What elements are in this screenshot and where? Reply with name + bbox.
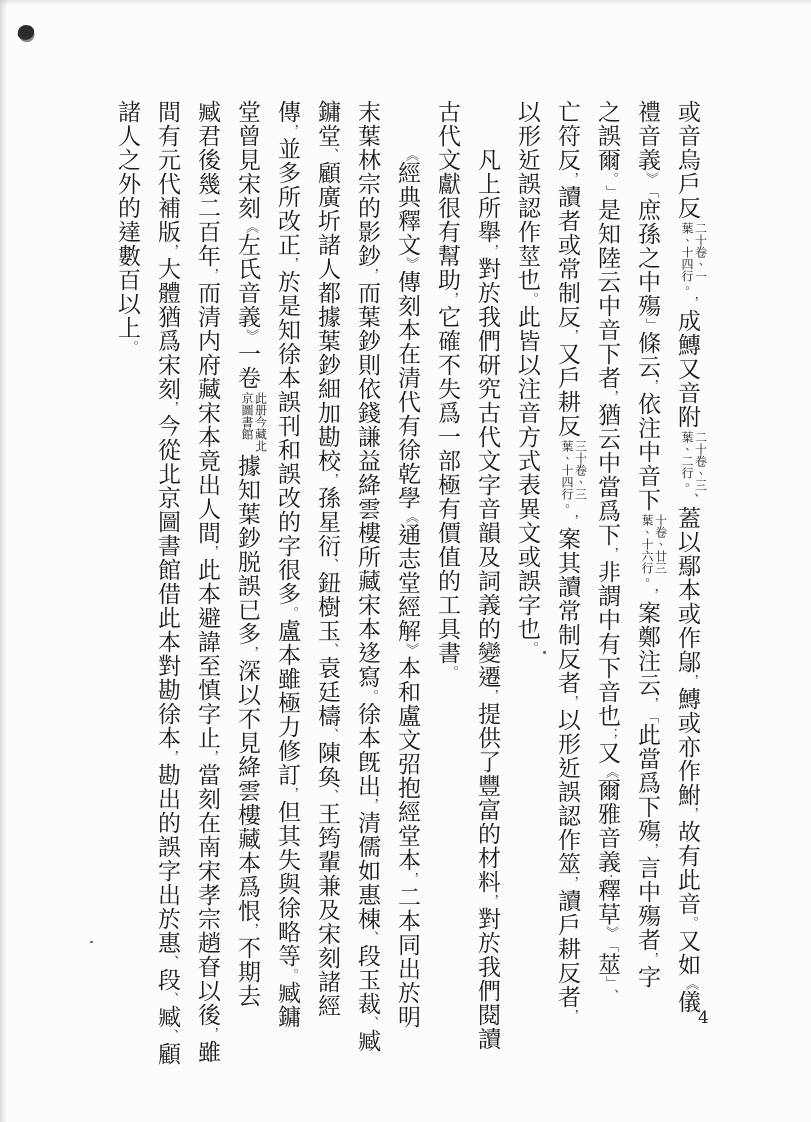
punctuation-mark: ， — [630, 588, 670, 601]
scan-edge-shading-left — [0, 0, 7, 1122]
text-column: 之誤爾。」是知陸云中音下者，猶云中當爲下，非謂中有下音也；又《爾雅音義·釋草》「… — [587, 100, 627, 1015]
punctuation-mark: 、 — [310, 643, 350, 656]
punctuation-mark: 。 — [350, 689, 390, 702]
punctuation-mark: 》 — [390, 257, 430, 270]
punctuation-mark: ， — [190, 268, 230, 281]
punctuation-mark: ， — [550, 695, 590, 708]
punctuation-mark: ， — [630, 952, 670, 965]
punctuation-mark: ， — [190, 1027, 230, 1040]
punctuation-mark: ， — [230, 646, 270, 659]
text-column: 諸人之外的達數百以上。 — [107, 100, 147, 1015]
interlinear-note-line: 京圖書館 — [240, 392, 254, 452]
punctuation-mark: 、 — [310, 148, 350, 161]
interlinear-note-line: 三十卷、三 — [573, 440, 587, 512]
punctuation-mark: 》 — [630, 172, 670, 185]
interlinear-note-line: 葉、十四行。 — [680, 222, 694, 294]
punctuation-mark: ， — [550, 876, 590, 889]
punctuation-mark: 。 — [670, 916, 710, 929]
punctuation-mark: 。 — [270, 968, 310, 981]
text-column: 傳，並多所改正，於是知徐本誤刊和誤改的字很多。盧本雖極力修訂，但其失與徐略等。臧… — [267, 100, 307, 1015]
text-column: 間有元代補版，大體猶爲宋刻，今從北京圖書館借此本對勘徐本，勘出的誤字出於惠、段、… — [147, 100, 187, 1015]
punctuation-mark: 」 — [630, 318, 670, 331]
punctuation-mark: 《 — [590, 765, 630, 778]
punctuation-mark: ， — [670, 674, 710, 687]
punctuation-mark: ， — [430, 292, 470, 305]
punctuation-mark: 、 — [150, 955, 190, 968]
text-column: 鏞堂、顧廣圻諸人都據葉鈔細加勘校，孫星衍、鈕樹玉、袁廷檮、陳奐、王筠輩兼及宋刻諸… — [307, 100, 347, 1015]
punctuation-mark: 。 — [270, 606, 310, 619]
punctuation-mark: 「 — [630, 710, 670, 723]
punctuation-mark: 。 — [510, 292, 550, 305]
text-body: 或音烏户反二十卷、一葉、十四行。，成鱄又音附二十卷、三葉、二行。、蓋以鄢本或作鄔… — [107, 100, 707, 1015]
punctuation-mark: ， — [310, 473, 350, 486]
punctuation-mark: ， — [190, 750, 230, 763]
punctuation-mark: ， — [590, 547, 630, 560]
punctuation-mark: ， — [630, 843, 670, 856]
punctuation-mark: 、 — [670, 493, 710, 506]
interlinear-note-line: 葉、二行。 — [680, 431, 694, 491]
interlinear-note: 二十卷、一葉、十四行。 — [680, 222, 707, 294]
interlinear-note: 三十卷、三葉、十四行。 — [560, 440, 587, 512]
punctuation-mark: ， — [470, 894, 510, 907]
interlinear-note-line: 葉、十六行。 — [640, 514, 654, 586]
punctuation-mark: 、 — [310, 789, 350, 802]
punctuation-mark: 《 — [230, 220, 270, 233]
punctuation-mark: 、 — [590, 989, 630, 1002]
text-column: 或音烏户反二十卷、一葉、十四行。，成鱄又音附二十卷、三葉、二行。、蓋以鄢本或作鄔… — [667, 100, 707, 1015]
punctuation-mark: 《 — [390, 148, 430, 161]
interlinear-note: 二十卷、三葉、二行。 — [680, 431, 707, 491]
punctuation-mark: 。 — [110, 340, 150, 353]
punctuation-mark: ， — [550, 329, 590, 342]
punctuation-mark: ， — [150, 401, 190, 414]
text-column: 堂曾見宋刻《左氏音義》一卷此册今藏北京圖書館據知葉鈔脱誤已多，深以不見絳雲樓藏本… — [227, 100, 267, 1015]
punctuation-mark: ， — [350, 268, 390, 281]
punctuation-mark: ， — [350, 798, 390, 811]
punctuation-mark: ， — [550, 514, 590, 527]
punctuation-mark: ； — [590, 728, 630, 741]
interlinear-note-line: 二十卷、三 — [693, 431, 707, 491]
punctuation-mark: ， — [670, 296, 710, 309]
punctuation-mark: · — [590, 874, 630, 878]
punctuation-mark: ， — [270, 787, 310, 800]
text-column: 古代文獻很有幫助，它確不失爲一部極有價值的工具書。 — [427, 100, 467, 1015]
punctuation-mark: ， — [670, 807, 710, 820]
punctuation-mark: 「 — [630, 185, 670, 198]
punctuation-mark: 。 — [590, 172, 630, 185]
interlinear-note: 此册今藏北京圖書館 — [240, 392, 267, 452]
interlinear-note-line: 葉、十四行。 — [560, 440, 574, 512]
scan-edge-shading-top — [0, 0, 811, 6]
page-number: 4 — [698, 1008, 709, 1028]
punctuation-mark: ， — [230, 923, 270, 936]
punctuation-mark: ， — [190, 545, 230, 558]
scan-blemish — [17, 24, 36, 42]
punctuation-mark: 《 — [390, 510, 430, 523]
punctuation-mark: ， — [470, 244, 510, 257]
interlinear-note-line: 十卷、廿三 — [653, 514, 667, 586]
punctuation-mark: 、 — [350, 1016, 390, 1029]
punctuation-mark: 。 — [430, 665, 470, 678]
text-column: 以形近誤認作莖也。此皆以注音方式表異文或誤字也。 — [507, 100, 547, 1015]
punctuation-mark: ， — [270, 257, 310, 270]
punctuation-mark: ， — [470, 689, 510, 702]
punctuation-mark: 。 — [510, 641, 550, 654]
punctuation-mark: ， — [550, 1009, 590, 1022]
punctuation-mark: 、 — [310, 728, 350, 741]
punctuation-mark: ， — [590, 390, 630, 403]
text-column: 末葉林宗的影鈔，而葉鈔則依錢謙益絳雲樓所藏宋本迻寫。徐本旣出，清儒如惠棟、段玉裁… — [347, 100, 387, 1015]
interlinear-note-line: 二十卷、一 — [693, 222, 707, 294]
punctuation-mark: 、 — [150, 1029, 190, 1042]
interlinear-note: 十卷、廿三葉、十六行。 — [640, 514, 667, 586]
punctuation-mark: 》 — [390, 643, 430, 656]
scanned-book-page: 或音烏户反二十卷、一葉、十四行。，成鱄又音附二十卷、三葉、二行。、蓋以鄢本或作鄔… — [0, 0, 811, 1122]
punctuation-mark: ， — [150, 750, 190, 763]
punctuation-mark: 「 — [590, 939, 630, 952]
punctuation-mark: ， — [390, 872, 430, 885]
punctuation-mark: 、 — [310, 558, 350, 571]
punctuation-mark: ， — [270, 124, 310, 137]
punctuation-mark: ， — [630, 697, 670, 710]
punctuation-mark: 《 — [670, 977, 710, 990]
text-column: 凡上所舉，對於我們研究古代文字音韻及詞義的變遷，提供了豐富的材料，對於我們閱讀 — [467, 100, 507, 1063]
punctuation-mark: 》 — [230, 329, 270, 342]
punctuation-mark: 」 — [590, 185, 630, 198]
text-column: 禮音義》「庶孫之中殤」條云，依注中音下十卷、廿三葉、十六行。，案鄭注云，「此當爲… — [627, 100, 667, 1015]
punctuation-mark: ， — [630, 379, 670, 392]
punctuation-mark: 、 — [350, 931, 390, 944]
text-column: 《經典釋文》傳刻本在清代有徐乾學《通志堂經解》本和盧文弨抱經堂本，二本同出於明 — [387, 100, 427, 1063]
punctuation-mark: ， — [550, 172, 590, 185]
text-column: 臧君後幾二百年，而清内府藏宋本竟出人間，此本避諱至慎字止，當刻在南宋孝宗趙眘以後… — [187, 100, 227, 1015]
punctuation-mark: 、 — [150, 992, 190, 1005]
text-column: 亡符反，讀者或常制反，又户耕反三十卷、三葉、十四行。，案其讀常制反者，以形近誤認… — [547, 100, 587, 1015]
punctuation-mark: ， — [150, 244, 190, 257]
interlinear-note-line: 此册今藏北 — [253, 392, 267, 452]
punctuation-mark: 」 — [590, 976, 630, 989]
scan-speck — [90, 941, 93, 943]
punctuation-mark: 》 — [590, 926, 630, 939]
